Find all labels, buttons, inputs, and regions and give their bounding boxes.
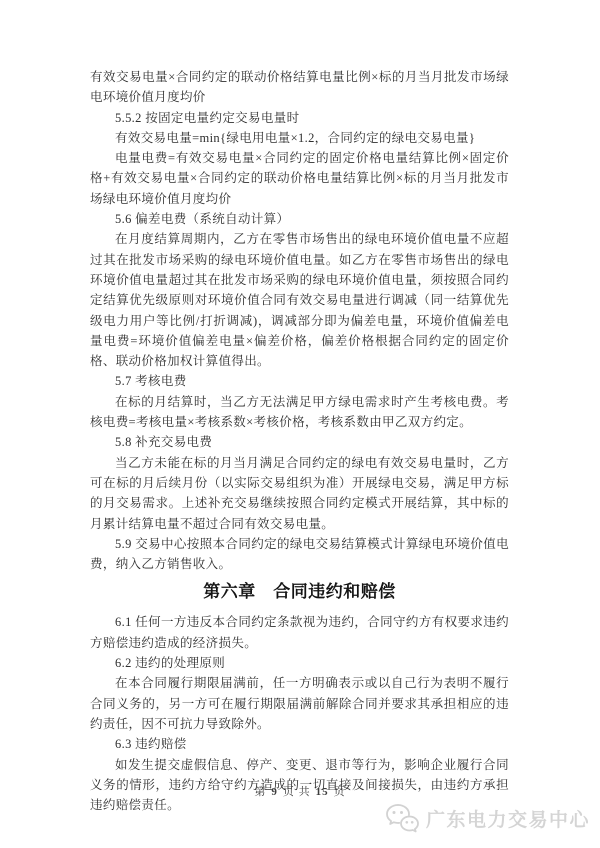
document-page: 有效交易电量×合同约定的联动价格结算电量比例×标的月当月批发市场绿电环境价值月度…: [0, 0, 600, 848]
watermark: 广东电力交易中心: [385, 803, 590, 833]
footer-label-suffix: 页: [332, 786, 348, 798]
paragraph: 在标的月结算时，当乙方无法满足甲方绿电需求时产生考核电费。考核电费=考核电量×考…: [90, 392, 509, 433]
paragraph: 有效交易电量=min{绿电用电量×1.2，合同约定的绿电交易电量}: [90, 128, 509, 148]
paragraph: 5.5.2 按固定电量约定交易电量时: [90, 108, 509, 128]
paragraph: 电量电费=有效交易电量×合同约定的固定价格电量结算比例×固定价格+有效交易电量×…: [90, 148, 509, 209]
paragraph: 6.3 违约赔偿: [90, 734, 509, 754]
page-footer: 第9页 共15页: [0, 783, 600, 799]
paragraph: 5.7 考核电费: [90, 371, 509, 391]
watermark-text: 广东电力交易中心: [426, 805, 590, 832]
footer-total-pages: 15: [313, 786, 332, 798]
chapter-heading: 第六章 合同违约和赔偿: [90, 580, 509, 604]
footer-label-prefix: 第: [252, 786, 268, 798]
paragraph: 6.2 违约的处理原则: [90, 653, 509, 673]
paragraph: 在本合同履行期限届满前，任一方明确表示或以自己行为表明不履行合同义务的，另一方可…: [90, 673, 509, 734]
paragraph: 5.8 补充交易电费: [90, 432, 509, 452]
paragraph: 5.6 偏差电费（系统自动计算）: [90, 209, 509, 229]
paragraph: 有效交易电量×合同约定的联动价格结算电量比例×标的月当月批发市场绿电环境价值月度…: [90, 67, 509, 108]
paragraph: 6.1 任何一方违反本合同约定条款视为违约，合同守约方有权要求违约方赔偿违约造成…: [90, 612, 509, 653]
wechat-icon: [385, 803, 419, 833]
footer-page-number: 9: [268, 786, 281, 798]
document-body: 有效交易电量×合同约定的联动价格结算电量比例×标的月当月批发市场绿电环境价值月度…: [90, 67, 509, 815]
paragraph: 在月度结算周期内，乙方在零售市场售出的绿电环境价值电量不应超过其在批发市场采购的…: [90, 229, 509, 371]
paragraph: 5.9 交易中心按照本合同约定的绿电交易结算模式计算绿电环境价值电费，纳入乙方销…: [90, 534, 509, 575]
paragraph: 当乙方未能在标的月当月满足合同约定的绿电有效交易电量时，乙方可在标的月后续月份（…: [90, 453, 509, 534]
footer-label-middle: 页 共: [281, 786, 313, 798]
